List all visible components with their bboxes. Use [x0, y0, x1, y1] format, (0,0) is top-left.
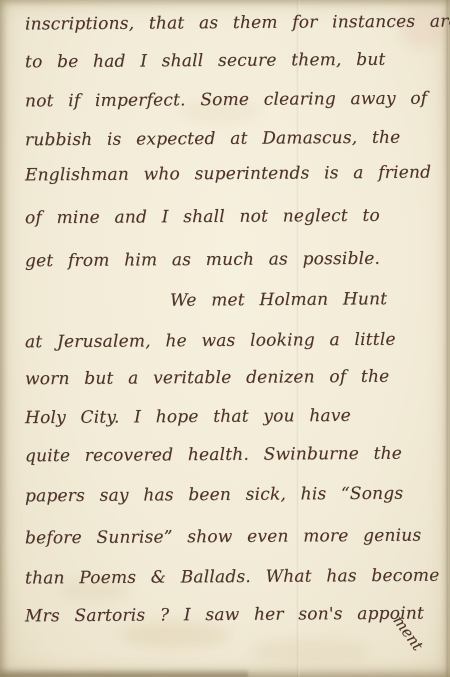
handwritten-line: Englishman who superintends is a friend: [25, 162, 431, 187]
handwritten-line: Holy City. I hope that you have: [25, 405, 351, 429]
handwritten-line: inscriptions, that as them for instances…: [25, 10, 450, 35]
paper-stain: [250, 640, 370, 662]
handwritten-line: than Poems & Ballads. What has become of: [25, 564, 450, 589]
handwritten-line: worn but a veritable denizen of the: [25, 366, 389, 391]
handwritten-line: before Sunrise” show even more genius: [25, 525, 421, 550]
handwritten-line: get from him as much as possible.: [25, 248, 380, 272]
handwritten-line: rubbish is expected at Damascus, the: [25, 127, 401, 152]
page-bottom-edge-shadow: [0, 668, 248, 677]
handwritten-line: not if imperfect. Some clearing away of: [25, 88, 427, 113]
handwritten-line: to be had I shall secure them, but: [25, 49, 386, 74]
handwritten-line: at Jerusalem, he was looking a little: [25, 329, 396, 354]
handwritten-line: Mrs Sartoris ? I saw her son's appoint: [25, 603, 424, 628]
handwritten-line-paragraph-start: We met Holman Hunt: [170, 288, 387, 312]
handwritten-line: of mine and I shall not neglect to: [25, 205, 380, 229]
handwritten-line: quite recovered health. Swinburne the: [25, 443, 402, 468]
handwritten-line: papers say has been sick, his “Songs: [25, 483, 403, 508]
letter-page: inscriptions, that as them for instances…: [0, 0, 450, 677]
